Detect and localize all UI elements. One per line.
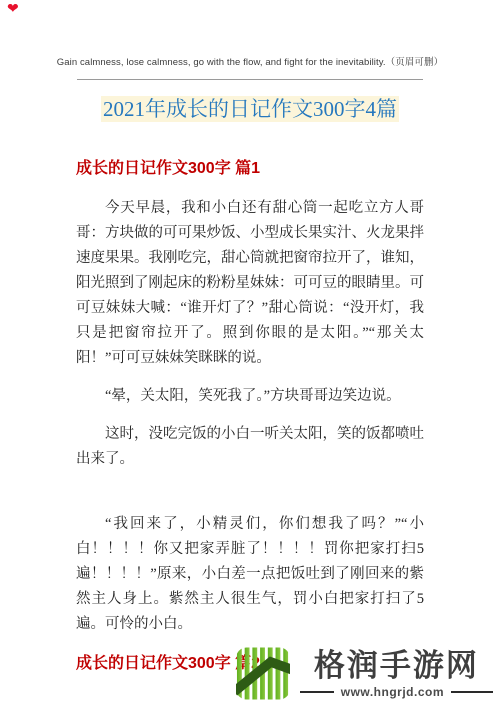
document-body: 成长的日记作文300字 篇1 今天早晨，我和小白还有甜心筒一起吃立方人哥哥：方块… [76, 158, 424, 675]
page-header-slogan: Gain calmness, lose calmness, go with th… [0, 0, 500, 68]
heart-icon: ❤ [7, 2, 19, 16]
url-dash-left [300, 691, 334, 693]
site-watermark: 格润手游网 www.hngrjd.com [236, 647, 493, 700]
site-name: 格润手游网 [314, 649, 479, 682]
document-title-text: 2021年成长的日记作文300字4篇 [101, 96, 399, 122]
url-dash-right [451, 691, 493, 693]
header-divider [77, 79, 423, 80]
paragraph: 这时，没吃完饭的小白一听关太阳，笑的饭都喷吐出来了。 [76, 422, 424, 472]
site-url-row: www.hngrjd.com [300, 685, 493, 699]
paragraph: “我回来了，小精灵们，你们想我了吗？”“小白！！！！你又把家弄脏了！！！！罚你把… [76, 512, 424, 637]
paragraph: 今天早晨，我和小白还有甜心筒一起吃立方人哥哥：方块做的可可果炒饭、小型成长果实汁… [76, 196, 424, 371]
site-text-block: 格润手游网 www.hngrjd.com [300, 649, 493, 699]
site-url: www.hngrjd.com [341, 685, 444, 699]
document-page: ❤ Gain calmness, lose calmness, go with … [0, 0, 500, 708]
document-title: 2021年成长的日记作文300字4篇 [40, 94, 460, 124]
green-striped-house-logo-icon [236, 647, 290, 700]
paragraph: “晕，关太阳，笑死我了。”方块哥哥边笑边说。 [76, 384, 424, 409]
section-1-heading: 成长的日记作文300字 篇1 [76, 158, 424, 180]
